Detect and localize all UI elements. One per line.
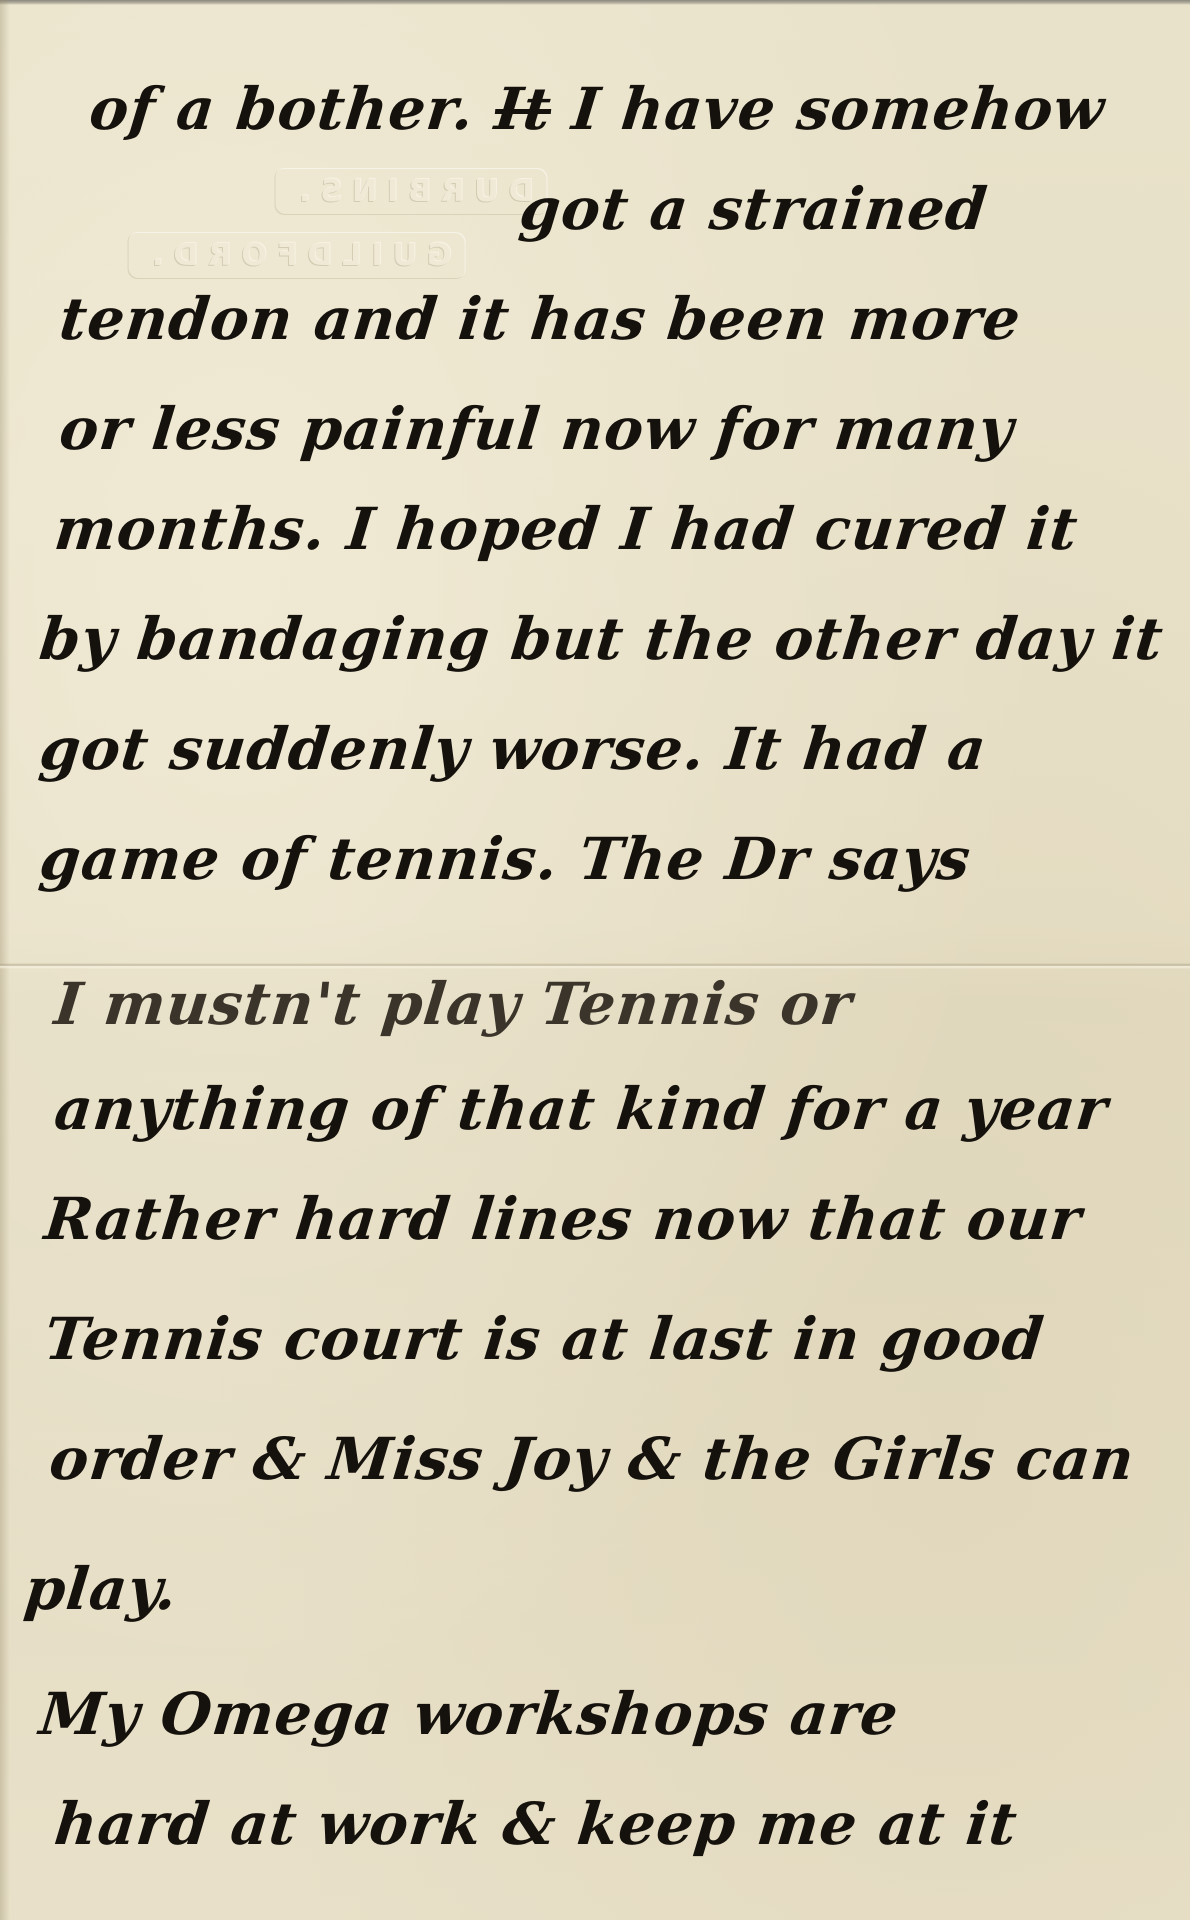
handwritten-line-11: Rather hard lines now that our [41,1185,1085,1253]
handwritten-line-8: game of tennis. The Dr says [36,825,974,893]
handwritten-line-3: tendon and it has been more [56,285,1024,353]
handwritten-line-4: or less painful now for many [56,395,1017,463]
embossed-stamp-line-2: GUILDFORD. [128,232,466,279]
handwritten-line-10: anything of that kind for a year [51,1075,1111,1143]
handwritten-line-12: Tennis court is at last in good [41,1305,1047,1373]
embossed-stamp-line-1: DURBINS. [275,168,548,215]
handwritten-line-1: of a bother. It I have somehow [86,75,1108,143]
paper-top-edge [0,0,1190,5]
handwritten-line-16: hard at work & keep me at it [51,1790,1020,1858]
paper-fold-crease [0,963,1190,969]
handwritten-line-15: My Omega workshops are [36,1680,902,1748]
line-text: I have somehow [548,75,1109,143]
line-text: of a bother. [86,75,498,143]
letter-page: DURBINS. GUILDFORD. of a bother. It I ha… [0,0,1190,1920]
handwritten-line-7: got suddenly worse. It had a [36,715,990,783]
handwritten-line-14: play. [21,1555,181,1623]
handwritten-line-9: I mustn't play Tennis or [51,970,855,1038]
handwritten-line-5: months. I hoped I had cured it [51,495,1081,563]
handwritten-line-13: order & Miss Joy & the Girls can [46,1425,1138,1493]
handwritten-line-2: got a strained [516,175,990,243]
paper-left-edge [0,0,10,1920]
struck-out-word: It [492,75,555,143]
handwritten-line-6: by bandaging but the other day it [36,605,1166,673]
